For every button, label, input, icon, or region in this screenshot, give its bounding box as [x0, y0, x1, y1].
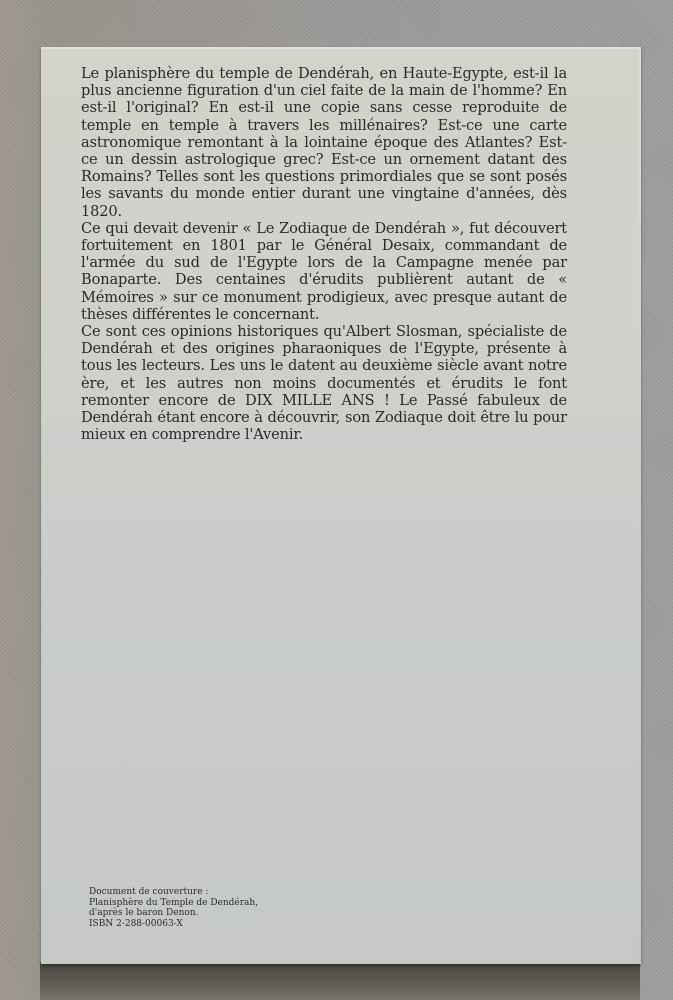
- cover-credits: Document de couverture : Planisphère du …: [89, 887, 258, 929]
- credits-line-2: Planisphère du Temple de Dendérah,: [89, 898, 258, 909]
- blurb-paragraph-2: Ce qui devait devenir « Le Zodiaque de D…: [81, 220, 567, 323]
- blurb-paragraph-3: Ce sont ces opinions historiques qu'Albe…: [81, 323, 567, 443]
- credits-line-3: d'après le baron Denon.: [89, 908, 258, 919]
- blurb-text: Le planisphère du temple de Dendérah, en…: [81, 65, 567, 443]
- credits-line-1: Document de couverture :: [89, 887, 258, 898]
- blurb-paragraph-1: Le planisphère du temple de Dendérah, en…: [81, 65, 567, 220]
- book-back-cover: Le planisphère du temple de Dendérah, en…: [41, 47, 641, 964]
- isbn: ISBN 2-288-00063-X: [89, 919, 258, 930]
- table-shadow: [40, 962, 640, 1000]
